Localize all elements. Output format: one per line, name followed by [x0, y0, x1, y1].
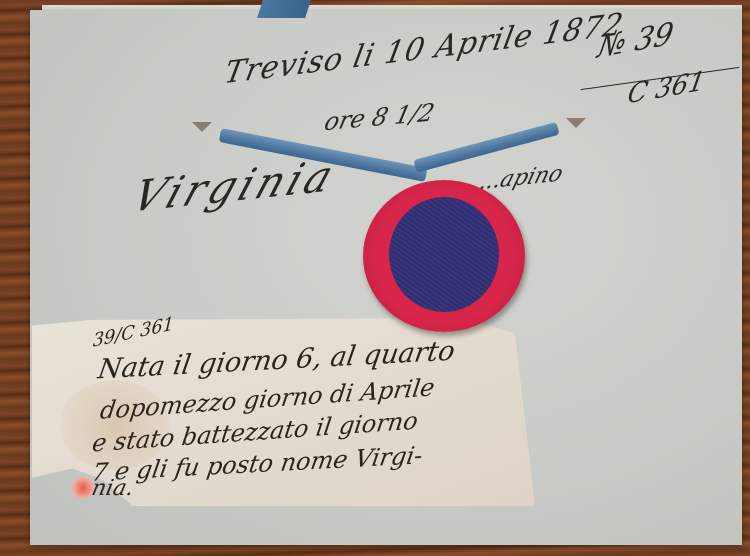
ribbon-slot-left: [192, 122, 212, 132]
seal-center-fabric: [389, 197, 499, 312]
note-line: nia.: [89, 476, 136, 501]
ribbon-end-top: [257, 0, 311, 18]
cloth-seal: [363, 180, 525, 332]
ribbon-slot-right: [566, 118, 586, 128]
